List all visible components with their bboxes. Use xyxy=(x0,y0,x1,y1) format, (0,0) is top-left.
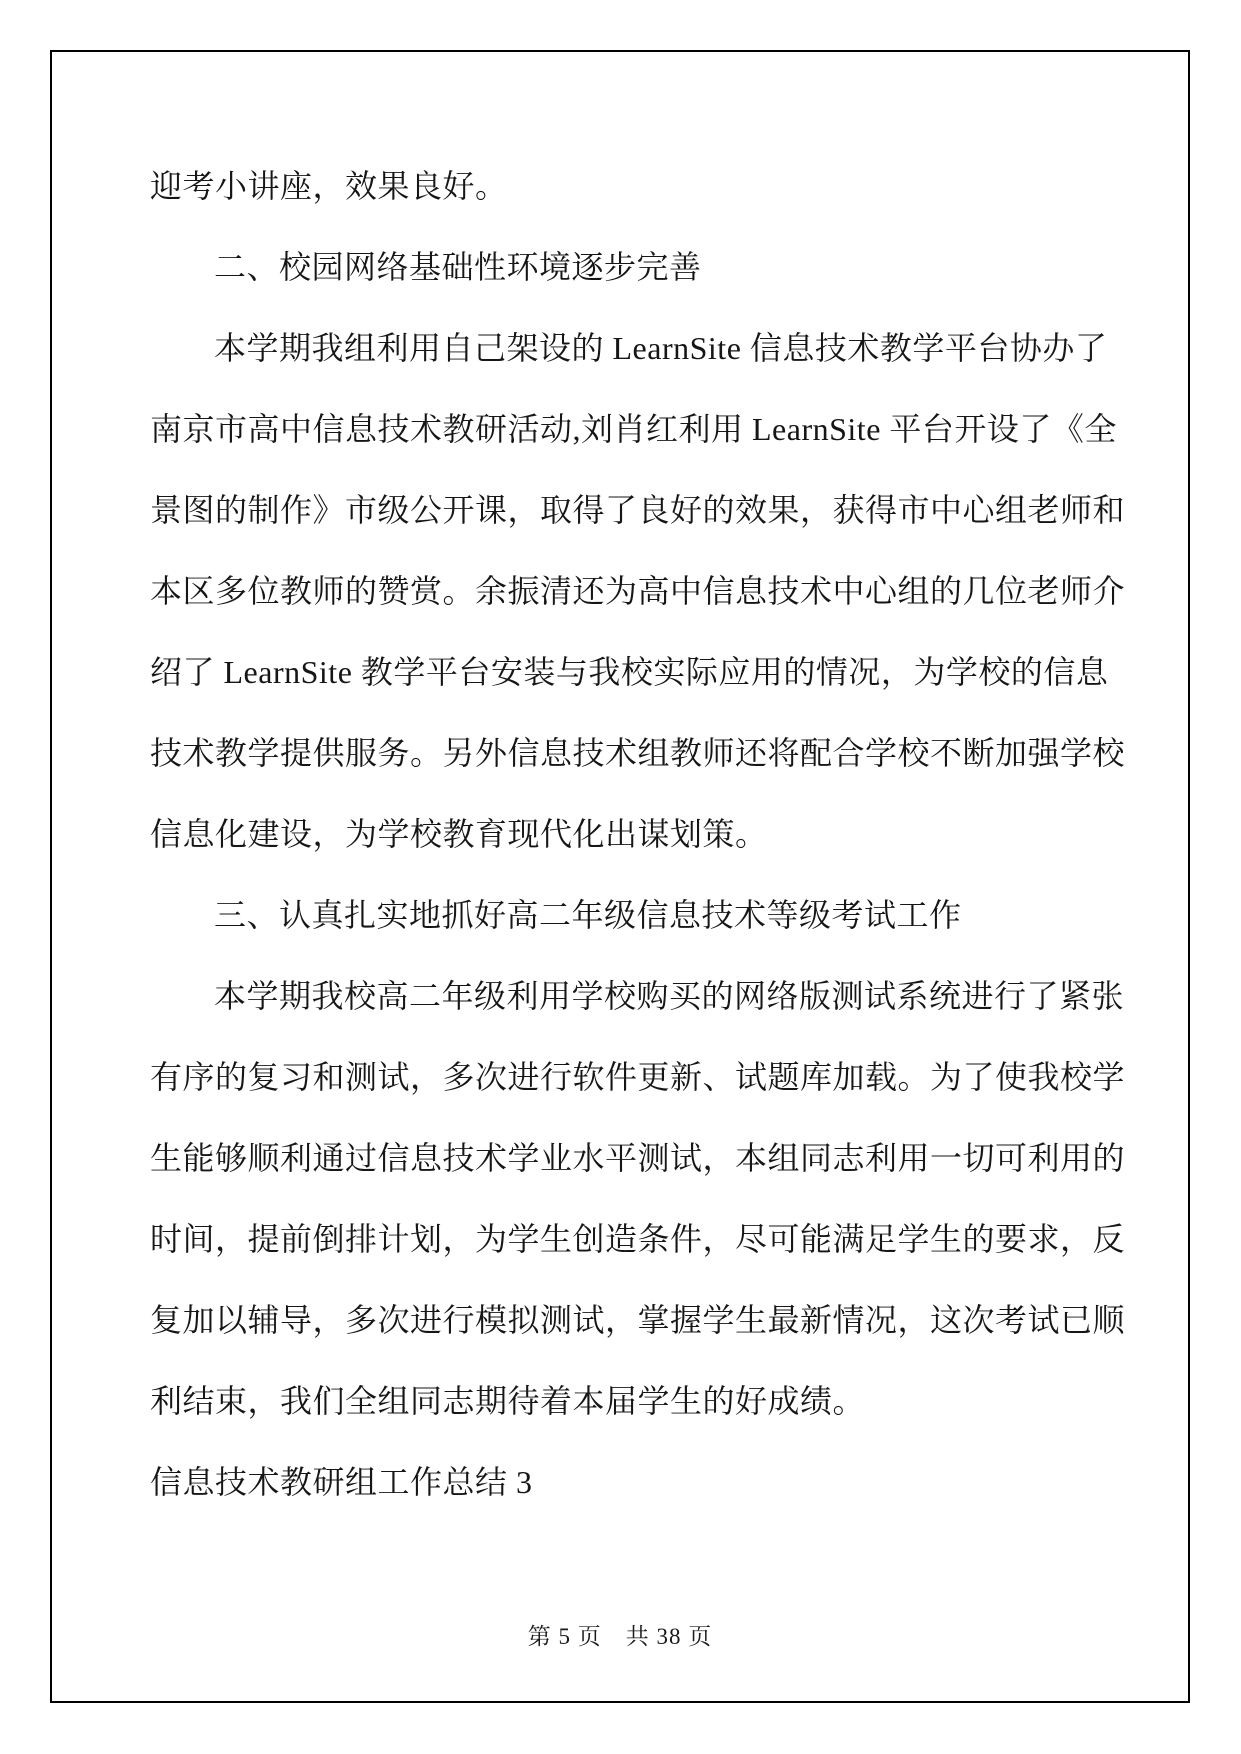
text-line: 景图的制作》市级公开课，取得了良好的效果，获得市中心组老师和 xyxy=(150,490,1107,571)
text-line: 利结束，我们全组同志期待着本届学生的好成绩。 xyxy=(150,1381,1107,1462)
text-line: 南京市高中信息技术教研活动,刘肖红利用 LearnSite 平台开设了《全 xyxy=(150,409,1107,490)
text-line: 生能够顺利通过信息技术学业水平测试，本组同志利用一切可利用的 xyxy=(150,1138,1107,1219)
page-footer: 第 5 页 共 38 页 xyxy=(50,1618,1190,1651)
text-line: 技术教学提供服务。另外信息技术组教师还将配合学校不断加强学校 xyxy=(150,733,1107,814)
text-line: 复加以辅导，多次进行模拟测试，掌握学生最新情况，这次考试已顺 xyxy=(150,1300,1107,1381)
text-line: 本学期我校高二年级利用学校购买的网络版测试系统进行了紧张 xyxy=(150,976,1107,1057)
document-body: 迎考小讲座，效果良好。二、校园网络基础性环境逐步完善本学期我组利用自己架设的 L… xyxy=(150,166,1107,1543)
text-line: 信息化建设，为学校教育现代化出谋划策。 xyxy=(150,814,1107,895)
text-line: 二、校园网络基础性环境逐步完善 xyxy=(150,247,1107,328)
text-line: 信息技术教研组工作总结 3 xyxy=(150,1462,1107,1543)
text-line: 本学期我组利用自己架设的 LearnSite 信息技术教学平台协办了 xyxy=(150,328,1107,409)
text-line: 绍了 LearnSite 教学平台安装与我校实际应用的情况，为学校的信息 xyxy=(150,652,1107,733)
text-line: 有序的复习和测试，多次进行软件更新、试题库加载。为了使我校学 xyxy=(150,1057,1107,1138)
page-number: 第 5 页 共 38 页 xyxy=(528,1624,713,1649)
text-line: 三、认真扎实地抓好高二年级信息技术等级考试工作 xyxy=(150,895,1107,976)
text-line: 本区多位教师的赞赏。余振清还为高中信息技术中心组的几位老师介 xyxy=(150,571,1107,652)
text-line: 时间，提前倒排计划，为学生创造条件，尽可能满足学生的要求，反 xyxy=(150,1219,1107,1300)
text-line: 迎考小讲座，效果良好。 xyxy=(150,166,1107,247)
